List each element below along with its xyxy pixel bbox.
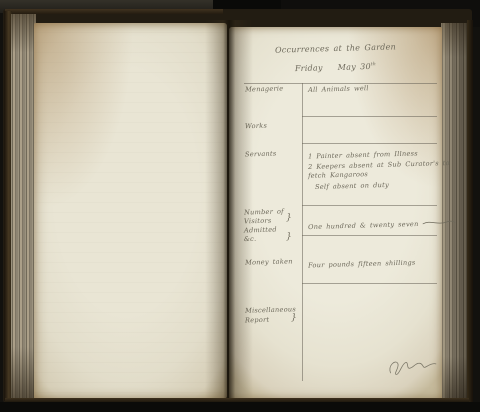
book-cover-top-edge — [5, 9, 223, 14]
row-label-misc-line: Report — [245, 316, 270, 325]
row-label-visitors-line: &c. — [244, 235, 257, 243]
page-edge-stack-left — [11, 14, 36, 401]
ledger-date: Friday May 30th — [229, 60, 442, 75]
row-entry-servants-line: Self absent on duty — [315, 181, 389, 191]
scan-photo: Occurrences at the Garden Friday May 30t… — [0, 0, 480, 412]
brace-mark: } — [286, 232, 292, 242]
brace-mark: } — [291, 313, 297, 323]
underline-flourish-icon — [422, 218, 456, 227]
row-rule — [302, 205, 437, 206]
signature-flourish-icon — [385, 353, 439, 379]
row-label-works: Works — [245, 122, 267, 131]
ledger-heading: Occurrences at the Garden — [229, 41, 442, 56]
row-entry-servants-line: 1 Painter absent from Illness — [308, 149, 418, 160]
date-month-day: May 30th — [338, 62, 377, 72]
row-rule — [302, 116, 437, 117]
row-label-visitors-line: Admitted — [244, 226, 277, 235]
row-label-servants: Servants — [245, 150, 277, 159]
brace-mark: } — [286, 213, 292, 223]
row-entry-servants-line: 2 Keepers absent at Sub Curator's to — [308, 159, 450, 171]
page-edge-stack-right — [441, 23, 468, 402]
row-entry-money-taken: Four pounds fifteen shillings — [308, 259, 416, 270]
row-entry-servants-line: fetch Kangaroos — [308, 170, 368, 180]
row-label-money-taken: Money taken — [245, 257, 293, 266]
right-page: Occurrences at the Garden Friday May 30t… — [229, 27, 442, 400]
left-page-blank — [34, 23, 227, 399]
backdrop-bottom — [0, 402, 480, 412]
column-divider-rule — [302, 83, 303, 381]
row-entry-visitors: One hundred & twenty seven — [308, 218, 457, 231]
row-label-misc-line: Miscellaneous — [245, 305, 296, 314]
row-entry-menagerie: All Animals well — [308, 84, 369, 94]
row-label-menagerie: Menagerie — [245, 84, 284, 93]
row-label-visitors-line: Number of — [244, 207, 284, 216]
row-rule — [302, 143, 437, 144]
row-rule — [302, 283, 437, 284]
row-label-visitors-line: Visitors — [244, 217, 272, 226]
book-cover-right — [467, 20, 473, 402]
row-rule — [302, 235, 437, 236]
date-weekday: Friday — [295, 63, 323, 73]
